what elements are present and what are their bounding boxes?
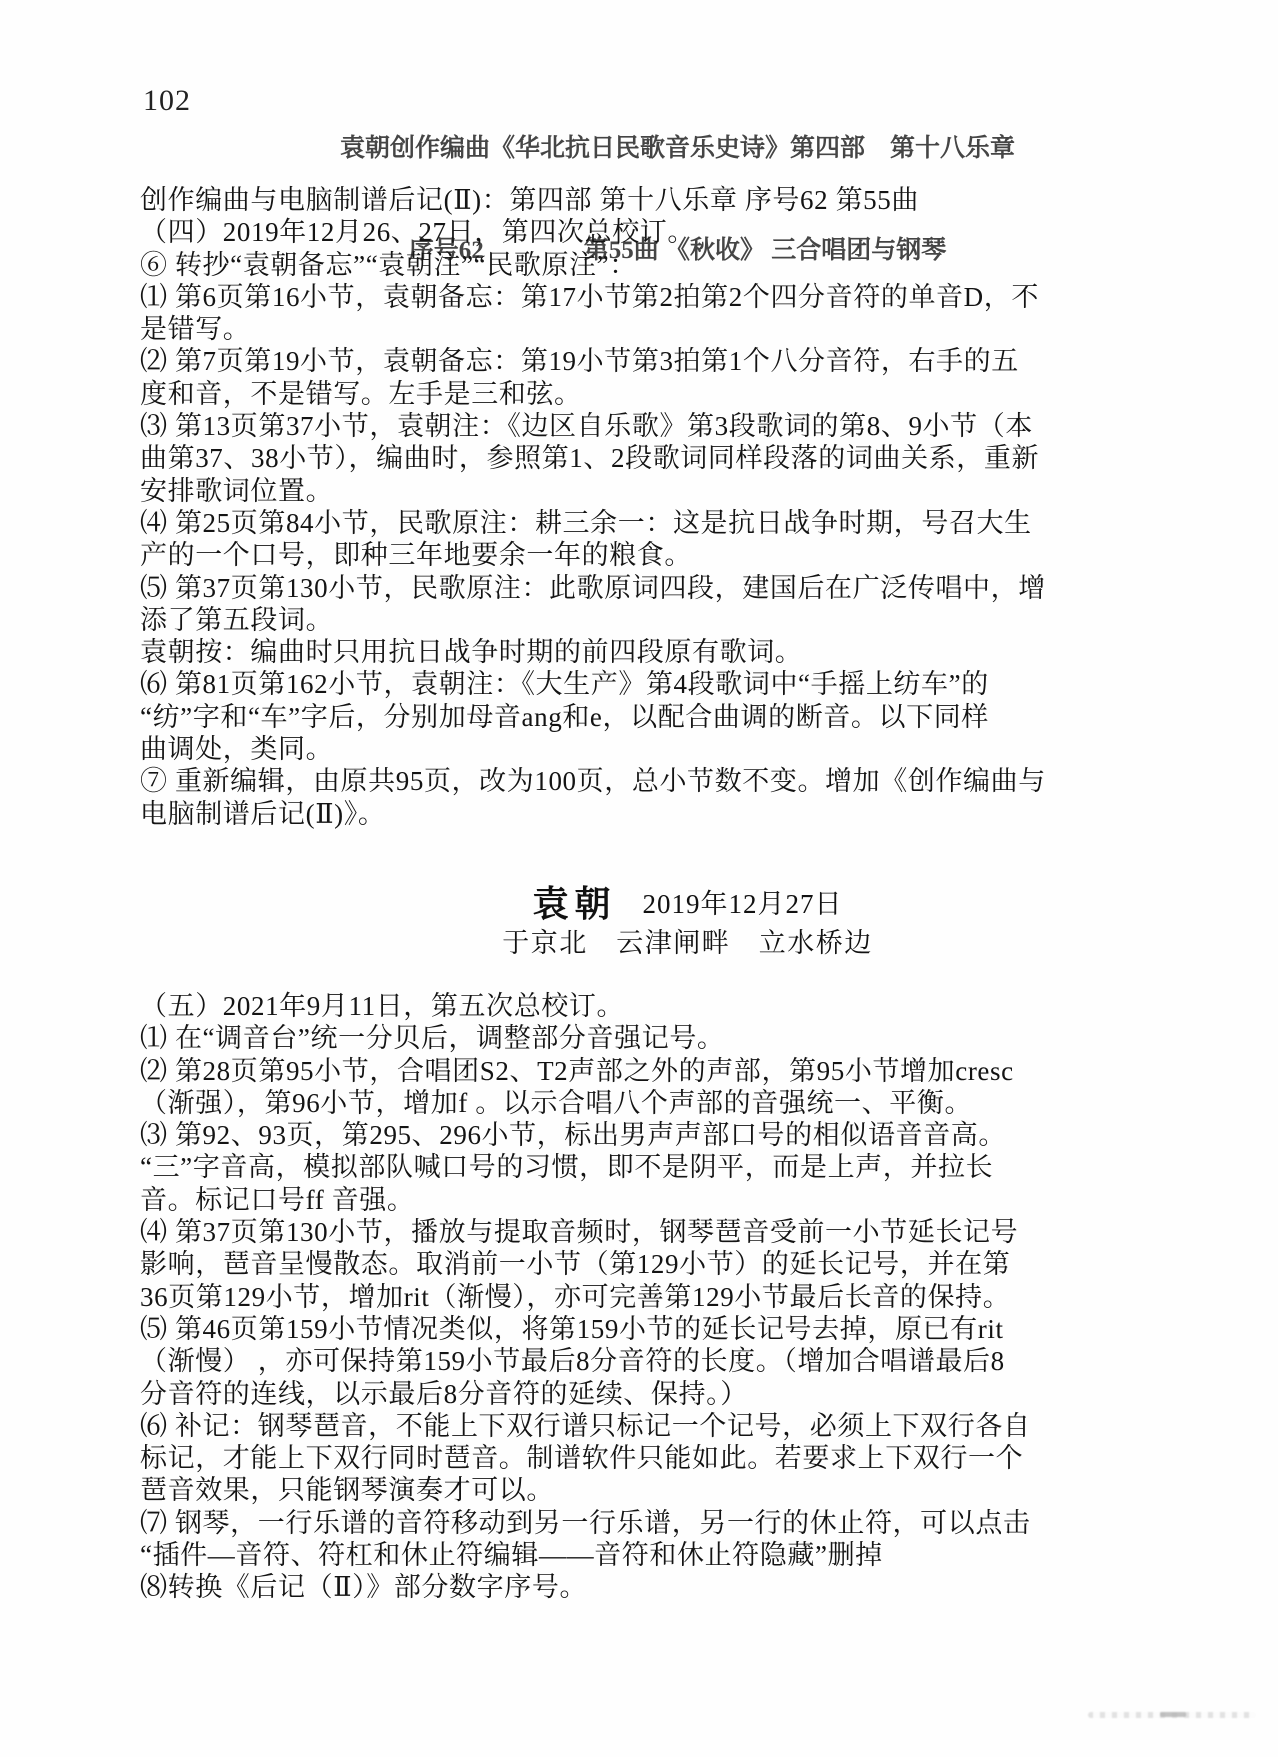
text-line: （五）2021年9月11日，第五次总校订。 [140,990,1158,1022]
text-line: ⑻转换《后记（Ⅱ）》部分数字序号。 [140,1571,1158,1603]
watermark-dot [1160,1712,1186,1717]
text-line: ⑴ 第6页第16小节，袁朝备忘：第17小节第2拍第2个四分音符的单音D，不 [140,281,1158,313]
text-line: （渐强），第96小节，增加f 。以示合唱八个声部的音强统一、平衡。 [140,1087,1158,1119]
text-line: 添了第五段词。 [140,604,1158,636]
text-line: 是错写。 [140,313,1158,345]
text-line: ⑶ 第13页第37小节，袁朝注：《边区自乐歌》第3段歌词的第8、9小节（本 [140,410,1158,442]
signature-place: 于京北 云津闸畔 立水桥边 [180,921,1195,960]
text-line: 标记，才能上下双行同时琶音。制谱软件只能如此。若要求上下双行一个 [140,1442,1158,1474]
afterword-section-4: 创作编曲与电脑制谱后记(Ⅱ)：第四部 第十八乐章 序号62 第55曲（四）201… [140,184,1158,830]
text-line: 安排歌词位置。 [140,475,1158,507]
text-line: ⑸ 第37页第130小节，民歌原注：此歌原词四段，建国后在广泛传唱中，增 [140,572,1158,604]
text-line: “三”字音高，模拟部队喊口号的习惯，即不是阴平，而是上声，并拉长 [140,1151,1158,1183]
text-line: 音。标记口号ff 音强。 [140,1184,1158,1216]
text-line: 创作编曲与电脑制谱后记(Ⅱ)：第四部 第十八乐章 序号62 第55曲 [140,184,1158,216]
text-line: ⑦ 重新编辑，由原共95页，改为100页，总小节数不变。增加《创作编曲与 [140,765,1158,797]
text-line: ⑷ 第25页第84小节，民歌原注：耕三余一：这是抗日战争时期，号召大生 [140,507,1158,539]
text-line: ⑴ 在“调音台”统一分贝后，调整部分音强记号。 [140,1022,1158,1054]
text-line: ⑸ 第46页第159小节情况类似，将第159小节的延长记号去掉，原已有rit [140,1313,1158,1345]
text-line: ⑹ 补记：钢琴琶音，不能上下双行谱只标记一个记号，必须上下双行各自 [140,1410,1158,1442]
text-line: 电脑制谱后记(Ⅱ)》。 [140,798,1158,830]
text-line: ⑥ 转抄“袁朝备忘”“袁朝注”“民歌原注”： [140,249,1158,281]
text-line: ⑵ 第7页第19小节，袁朝备忘：第19小节第3拍第1个八分音符，右手的五 [140,345,1158,377]
text-line: “插件—音符、符杠和休止符编辑——音符和休止符隐藏”删掉 [140,1539,1158,1571]
text-line: 分音符的连线，以示最后8分音符的延续、保持。） [140,1378,1158,1410]
text-line: ⑵ 第28页第95小节，合唱团S2、T2声部之外的声部，第95小节增加cresc [140,1055,1158,1087]
text-line: 度和音，不是错写。左手是三和弦。 [140,378,1158,410]
text-line: “纺”字和“车”字后，分别加母音ang和e，以配合曲调的断音。以下同样 [140,701,1158,733]
text-line: （四）2019年12月26、27日，第四次总校订。 [140,216,1158,248]
signature-line: 袁朝2019年12月27日 [180,876,1195,916]
signature-block: 袁朝2019年12月27日 于京北 云津闸畔 立水桥边 [180,876,1195,960]
text-line: ⑹ 第81页第162小节，袁朝注：《大生产》第4段歌词中“手摇上纺车”的 [140,668,1158,700]
text-line: 36页第129小节，增加rit（渐慢），亦可完善第129小节最后长音的保持。 [140,1281,1158,1313]
header-title-line: 袁朝创作编曲《华北抗日民歌音乐史诗》第四部 第十八乐章 [140,132,1215,166]
text-line: 影响，琶音呈慢散态。取消前一小节（第129小节）的延长记号，并在第 [140,1248,1158,1280]
text-line: 琶音效果，只能钢琴演奏才可以。 [140,1474,1158,1506]
text-line: ⑷ 第37页第130小节，播放与提取音频时，钢琴琶音受前一小节延长记号 [140,1216,1158,1248]
text-line: ⑺ 钢琴，一行乐谱的音符移动到另一行乐谱，另一行的休止符，可以点击 [140,1507,1158,1539]
afterword-section-5: （五）2021年9月11日，第五次总校订。⑴ 在“调音台”统一分贝后，调整部分音… [140,990,1158,1604]
document-page: 102 袁朝创作编曲《华北抗日民歌音乐史诗》第四部 第十八乐章 序号62 第55… [0,0,1278,1757]
author-name: 袁朝 [532,884,616,924]
text-line: ⑶ 第92、93页，第295、296小节，标出男声声部口号的相似语音音高。 [140,1119,1158,1151]
text-line: 产的一个口号，即种三年地要余一年的粮食。 [140,539,1158,571]
text-line: 袁朝按：编曲时只用抗日战争时期的前四段原有歌词。 [140,636,1158,668]
signature-date: 2019年12月27日 [643,889,843,919]
text-line: 曲调处，类同。 [140,733,1158,765]
text-line: 曲第37、38小节），编曲时，参照第1、2段歌词同样段落的词曲关系，重新 [140,442,1158,474]
watermark-smudge [1088,1712,1256,1718]
text-line: （渐慢） ，亦可保持第159小节最后8分音符的长度。（增加合唱谱最后8 [140,1345,1158,1377]
